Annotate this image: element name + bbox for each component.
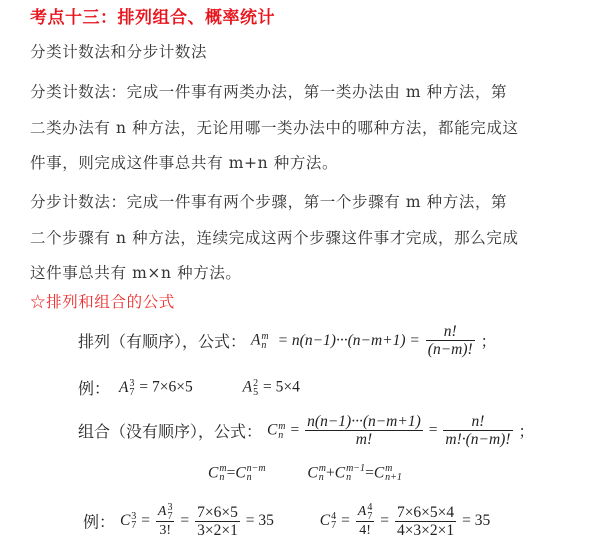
classification-line-1: 分类计数法：完成一件事有两类办法，第一类办法由 m 种方法，第	[30, 80, 507, 102]
combination-identities-row: Cmn=Cn−mn Cmn+Cm−1n=Cmn+1	[208, 464, 402, 482]
permutation-label: 排列（有顺序），公式：	[78, 332, 246, 351]
comb-fraction-1: n(n−1)···(n−m+1)m!	[305, 413, 423, 448]
subheading: 分类计数法和分步计数法	[30, 40, 207, 62]
example-label: 例：	[78, 379, 110, 398]
formula-heading: ☆排列和组合的公式	[30, 290, 175, 312]
identity-symmetry: Cmn=Cn−mn	[208, 464, 270, 481]
perm-symbol: A	[251, 332, 260, 349]
step-line-3: 这件事总共有 m×n 种方法。	[30, 261, 242, 283]
combination-formula-row: 组合（没有顺序），公式： Cmn = n(n−1)···(n−m+1)m! = …	[78, 413, 534, 448]
classification-line-3: 件事，则完成这件事总共有 m+n 种方法。	[30, 151, 338, 173]
comb-example-2: C47 = A474! = 7×6×5×44×3×2×1 = 35	[320, 511, 490, 529]
perm-example-1: = 7×6×5	[139, 379, 192, 396]
comb-example-1: C37 = A373! = 7×6×53×2×1 = 35	[120, 511, 279, 529]
combination-examples-row: 例： C37 = A373! = 7×6×53×2×1 = 35 C47 = A…	[83, 503, 490, 539]
page-title: 考点十三：排列组合、概率统计	[30, 3, 275, 28]
permutation-formula-row: 排列（有顺序），公式： Amn = n(n−1)···(n−m+1) = n!(…	[78, 323, 496, 358]
step-line-1: 分步计数法：完成一件事有两个步骤，第一个步骤有 m 种方法，第	[30, 190, 507, 212]
perm-middle: = n(n−1)···(n−m+1) =	[278, 332, 420, 349]
identity-pascal: Cmn+Cm−1n=Cmn+1	[307, 464, 402, 481]
perm-example-2: = 5×4	[263, 379, 300, 396]
combination-label: 组合（没有顺序），公式：	[78, 422, 262, 441]
step-line-2: 二个步骤有 n 种方法，连续完成这两个步骤这件事才完成，那么完成	[30, 226, 519, 248]
classification-line-2: 二类办法有 n 种方法，无论用哪一类办法中的哪种方法，都能完成这	[30, 116, 519, 138]
permutation-examples-row: 例： A37 = 7×6×5 A25 = 5×4	[78, 376, 300, 399]
perm-fraction: n!(n−m)!	[426, 323, 475, 358]
comb-fraction-2: n!m!·(n−m)!	[443, 413, 512, 448]
